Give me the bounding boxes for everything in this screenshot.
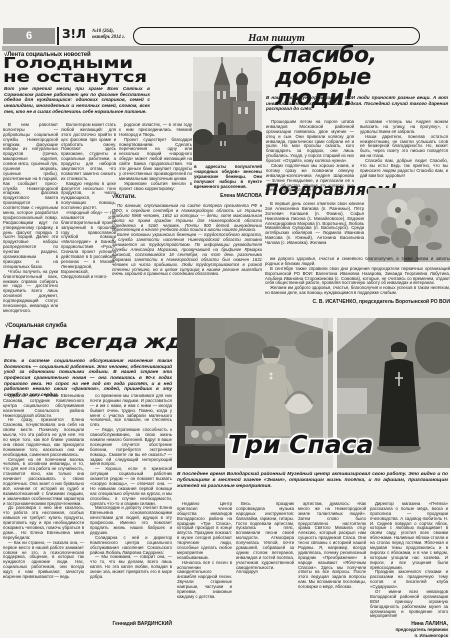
header-divider [57, 27, 59, 45]
byline-lalina-role2: п. Ильиногорск [370, 633, 448, 638]
hungry-col3: родской областях, — в этом году к ним пр… [119, 123, 192, 192]
byline-isatchenko: С. В. ИСАТЧЕНКО, председатель Воротынско… [265, 299, 450, 305]
flowers-photo [368, 188, 450, 262]
church-photo-caption: в адресаты получателей «народных обедов»… [194, 164, 262, 189]
congrats-text-narrow: В первый день осени отметили свои юбилеи… [265, 202, 364, 256]
headline-hungry: Голодными не останутся [3, 57, 147, 84]
spasa-colC: артистам, думалось: «Как много же на Ниж… [298, 502, 366, 636]
lead-hungry: Вот уже третий месяц при храме Всех Свят… [4, 86, 150, 114]
social-col1: Одна из них — Елена Евгеньевна Сазонова,… [3, 394, 84, 636]
section-tag-kstati: √Кстати. [112, 194, 136, 200]
spasa-colD: Директор магазина «Пчёлка» рассказала о … [370, 502, 448, 619]
newspaper-page: 6 З!Л №10 (264), октябрь 2014 г. Нам пиш… [0, 0, 450, 638]
lead-spasa: В последнее время Володарский районный М… [177, 472, 448, 490]
newspaper-logo: З!Л [62, 27, 86, 41]
lead-thanks: В нашу районную организацию ВОИ люди при… [266, 95, 448, 112]
byline-lalina: Нина ЛАЛИНА, председатель первички п. Ил… [370, 621, 448, 638]
church-photo [193, 57, 262, 161]
headline-spasa: Три Спаса [228, 430, 373, 459]
issue-info: №10 (264), октябрь 2014 г. [92, 29, 125, 41]
social-col2: со временем мы становимся для них почти … [90, 394, 172, 618]
byline-maslova: Елена МАСЛОВА [180, 193, 262, 199]
page-number-box: 6 [3, 28, 55, 44]
headline-thanks-line1: Спасибо, [267, 45, 450, 67]
flower-stall-photo [177, 318, 232, 468]
section-tag-social: √Социальная служба [5, 323, 67, 329]
spasa-colD-wrap: Директор магазина «Пчёлка» рассказала о … [370, 502, 448, 638]
hungry-col2: Волонтером может стать любой желающий: д… [61, 123, 116, 320]
hungry-col1: В нем работают волонтеры — добровольцы с… [3, 123, 58, 320]
issue-date: октябрь 2014 г. [92, 35, 125, 41]
lead-social: Есть в системе социального обслуживания … [4, 358, 172, 397]
kstati-text: По данным, опубликованным на сайте полпр… [112, 204, 262, 320]
headline-hungry-line2: не останутся [3, 71, 147, 85]
spasa-colB: Весь праздник сопровождала музыка народн… [236, 502, 294, 636]
byline-vardinsky: Геннадий ВАРДИНСКИЙ [90, 621, 172, 627]
spasa-colA: Недавно Центр пригласил членов общества … [177, 502, 232, 636]
congrats-text-wide: им доброго здоровья, счастья и семейного… [265, 257, 450, 298]
